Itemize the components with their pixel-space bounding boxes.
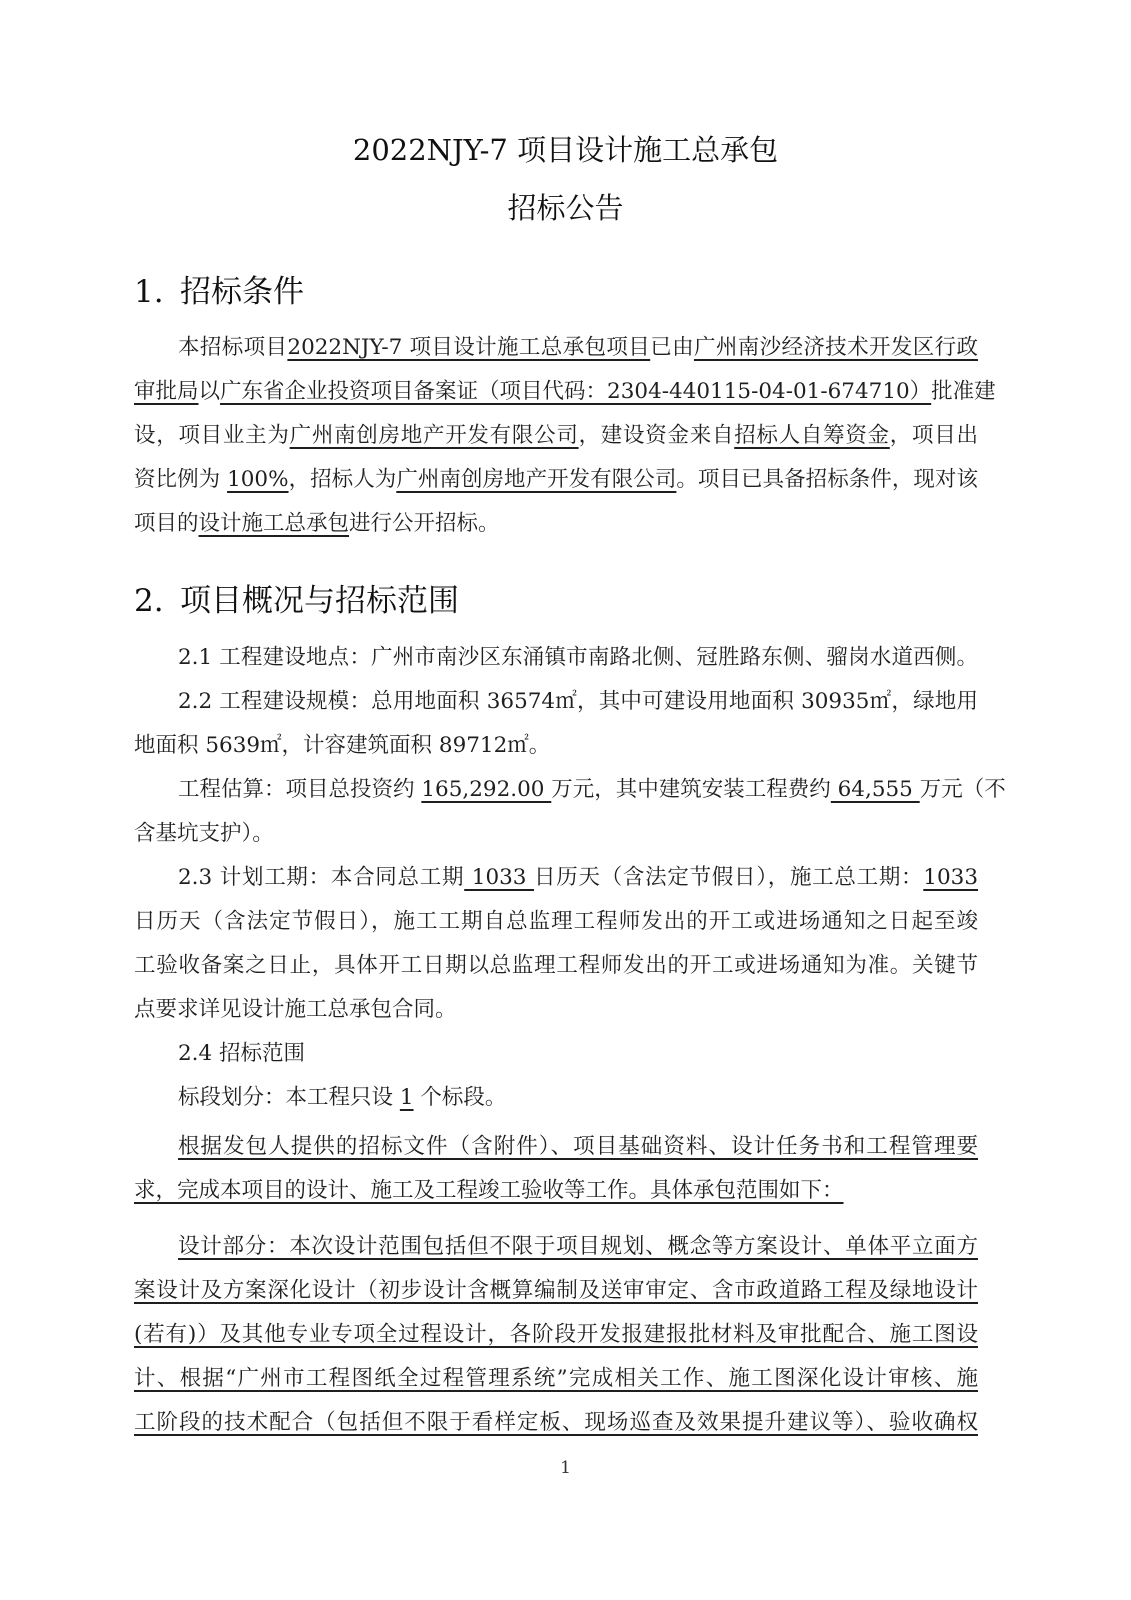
lot-count: 1 xyxy=(400,1085,414,1110)
section-title: 项目概况与招标范围 xyxy=(180,583,459,619)
total-investment: 165,292.00 xyxy=(421,777,551,802)
section-number: 1. xyxy=(134,274,180,310)
section-1-heading: 1.招标条件 xyxy=(134,266,304,311)
funding-ratio: 100% xyxy=(227,467,288,492)
tender-scope-heading: 2.4 招标范围 xyxy=(178,1040,978,1068)
approval-authority: 广州南沙经济技术开发区行政 xyxy=(694,335,978,360)
construction-scale: 2.2 工程建设规模：总用地面积 36574㎡，其中可建设用地面积 30935㎡… xyxy=(178,688,978,716)
section-1-line: 项目的设计施工总承包进行公开招标。 xyxy=(134,510,978,538)
planned-duration-cont: 日历天（含法定节假日），施工工期自总监理工程师发出的开工或进场通知之日起至竣 xyxy=(134,908,978,936)
document-title: 2022NJY-7 项目设计施工总承包 xyxy=(0,128,1131,169)
tender-type: 设计施工总承包 xyxy=(199,511,350,536)
project-code: 广东省企业投资项目备案证（项目代码：2304-440115-04-01-6747… xyxy=(220,379,931,404)
section-1-line: 资比例为 100%，招标人为广州南创房地产开发有限公司。项目已具备招标条件，现对… xyxy=(134,466,978,494)
document-subtitle: 招标公告 xyxy=(0,186,1131,227)
planned-duration: 2.3 计划工期：本合同总工期 1033 日历天（含法定节假日），施工总工期：1… xyxy=(178,864,978,892)
construction-cost: 64,555 xyxy=(831,777,920,802)
construction-days: 1033 xyxy=(923,865,978,890)
section-number: 2. xyxy=(134,583,180,619)
cost-estimate: 工程估算：项目总投资约 165,292.00 万元，其中建筑安装工程费约 64,… xyxy=(178,776,978,804)
section-1-line: 设，项目业主为广州南创房地产开发有限公司，建设资金来自招标人自筹资金，项目出 xyxy=(134,422,978,450)
cost-estimate-cont: 含基坑支护）。 xyxy=(134,820,978,848)
project-owner: 广州南创房地产开发有限公司 xyxy=(290,423,579,448)
contract-days: 1033 xyxy=(464,865,534,890)
funding-source: 招标人自筹资金 xyxy=(734,423,890,448)
project-name: 2022NJY-7 项目设计施工总承包项目 xyxy=(287,335,650,360)
section-title: 招标条件 xyxy=(180,274,304,310)
section-1-line: 审批局以广东省企业投资项目备案证（项目代码：2304-440115-04-01-… xyxy=(134,378,978,406)
page-number: 1 xyxy=(0,1458,1131,1478)
section-2-heading: 2.项目概况与招标范围 xyxy=(134,575,459,620)
design-scope-line: 案设计及方案深化设计（初步设计含概算编制及送审审定、含市政道路工程及绿地设计 xyxy=(134,1277,978,1305)
tenderer: 广州南创房地产开发有限公司 xyxy=(396,467,676,492)
design-scope-line: (若有)）及其他专业专项全过程设计，各阶段开发报建报批材料及审批配合、施工图设 xyxy=(134,1321,978,1349)
lot-division: 标段划分：本工程只设 1 个标段。 xyxy=(178,1084,978,1112)
document-page: 2022NJY-7 项目设计施工总承包 招标公告 1.招标条件 本招标项目202… xyxy=(0,0,1131,1600)
scope-description: 根据发包人提供的招标文件（含附件）、项目基础资料、设计任务书和工程管理要 xyxy=(178,1133,978,1161)
planned-duration-cont: 点要求详见设计施工总承包合同。 xyxy=(134,996,978,1024)
construction-location: 2.1 工程建设地点：广州市南沙区东涌镇市南路北侧、冠胜路东侧、骝岗水道西侧。 xyxy=(178,644,978,672)
scope-description-cont: 求，完成本项目的设计、施工及工程竣工验收等工作。具体承包范围如下： xyxy=(134,1177,978,1205)
planned-duration-cont: 工验收备案之日止，具体开工日期以总监理工程师发出的开工或进场通知为准。关键节 xyxy=(134,952,978,980)
design-scope-line: 工阶段的技术配合（包括但不限于看样定板、现场巡查及效果提升建议等）、验收确权 xyxy=(134,1409,978,1437)
construction-scale-cont: 地面积 5639㎡，计容建筑面积 89712㎡。 xyxy=(134,732,978,760)
design-scope-line: 设计部分：本次设计范围包括但不限于项目规划、概念等方案设计、单体平立面方 xyxy=(178,1233,978,1261)
design-scope-line: 计、根据“广州市工程图纸全过程管理系统”完成相关工作、施工图深化设计审核、施 xyxy=(134,1365,978,1393)
section-1-line: 本招标项目2022NJY-7 项目设计施工总承包项目已由广州南沙经济技术开发区行… xyxy=(178,334,978,362)
